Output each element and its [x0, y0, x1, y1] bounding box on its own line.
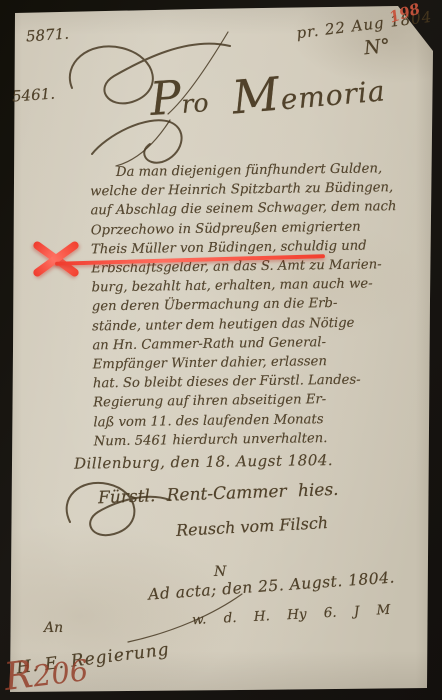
manuscript-scan: 5871. 5461. pr. 22 Aug 1804 198 N° Pro M… [0, 0, 442, 700]
red-x-mark [32, 237, 80, 281]
address-to: An [44, 620, 63, 636]
numero-label: N° [363, 35, 391, 60]
n-mark: N [214, 564, 226, 580]
registry-number-left: 5461. [11, 85, 55, 106]
body-line: Num. 5461 hierdurch unverhalten. [94, 427, 436, 451]
flourish-address [118, 588, 250, 648]
body-text: Da man diejenigen fünfhundert Gulden, we… [90, 159, 436, 474]
